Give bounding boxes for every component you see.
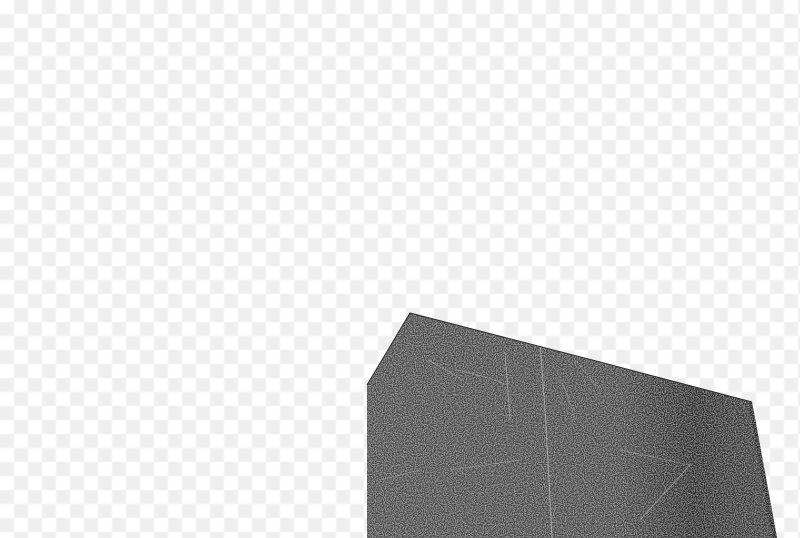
chalkboard-shape-canvas xyxy=(0,0,800,538)
chalkboard-shape xyxy=(360,305,790,538)
